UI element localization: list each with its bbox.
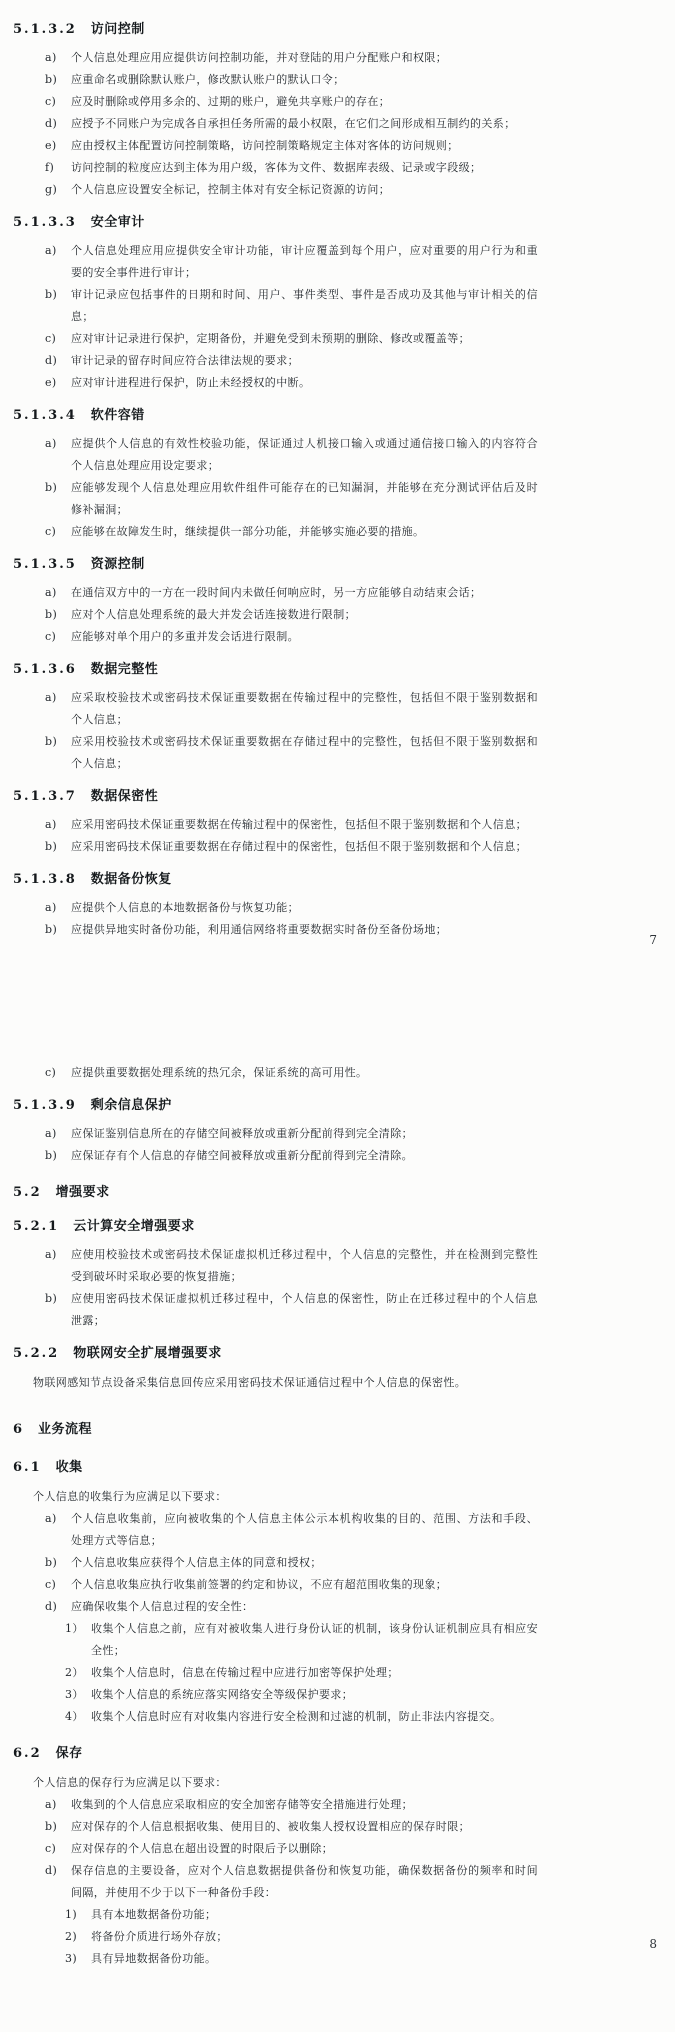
- list-item-label: b): [45, 284, 71, 328]
- list-item-label: 2): [65, 1926, 91, 1948]
- list-item-label: c): [45, 1062, 71, 1084]
- list-item: a)应采取校验技术或密码技术保证重要数据在传输过程中的完整性，包括但不限于鉴别数…: [45, 687, 538, 731]
- list-item-text: 个人信息处理应用应提供安全审计功能，审计应覆盖到每个用户，应对重要的用户行为和重…: [71, 240, 538, 284]
- list-item-text: 访问控制的粒度应达到主体为用户级，客体为文件、数据库表级、记录或字段级；: [71, 157, 538, 179]
- list-item-text: 收集个人信息时，信息在传输过程中应进行加密等保护处理；: [91, 1662, 538, 1684]
- requirement-list: a)应使用校验技术或密码技术保证虚拟机迁移过程中，个人信息的完整性，并在检测到完…: [13, 1244, 538, 1332]
- section-title: 业务流程: [38, 1422, 92, 1437]
- list-item-text: 应采用密码技术保证重要数据在存储过程中的保密性，包括但不限于鉴别数据和个人信息；: [71, 836, 538, 858]
- list-item-text: 个人信息收集应获得个人信息主体的同意和授权；: [71, 1552, 538, 1574]
- section-heading-5.1.3.3: 5.1.3.3安全审计: [13, 211, 538, 235]
- list-item: c)应提供重要数据处理系统的热冗余，保证系统的高可用性。: [45, 1062, 538, 1084]
- list-item-text: 应确保收集个人信息过程的安全性：: [71, 1596, 538, 1618]
- list-item-label: e): [45, 135, 71, 157]
- section-number: 5.2.2: [13, 1346, 59, 1361]
- list-item-text: 具有异地数据备份功能。: [91, 1948, 538, 1970]
- section-heading-6.2: 6.2保存: [13, 1742, 538, 1766]
- section-heading-5.2.2: 5.2.2物联网安全扩展增强要求: [13, 1342, 538, 1366]
- list-item-label: a): [45, 897, 71, 919]
- list-item-text: 审计记录应包括事件的日期和时间、用户、事件类型、事件是否成功及其他与审计相关的信…: [71, 284, 538, 328]
- list-item: d)应授予不同账户为完成各自承担任务所需的最小权限，在它们之间形成相互制约的关系…: [45, 113, 538, 135]
- list-item-label: b): [45, 1816, 71, 1838]
- section-heading-5.1.3.5: 5.1.3.5资源控制: [13, 553, 538, 577]
- section-title: 云计算安全增强要求: [73, 1219, 195, 1234]
- section-title: 数据备份恢复: [91, 872, 172, 887]
- section-heading-6: 6业务流程: [13, 1418, 538, 1442]
- requirement-list: a)在通信双方中的一方在一段时间内未做任何响应时，另一方应能够自动结束会话；b)…: [13, 582, 538, 648]
- section-number: 5.1.3.2: [13, 22, 77, 37]
- list-item: a)应提供个人信息的有效性校验功能，保证通过人机接口输入或通过通信接口输入的内容…: [45, 433, 538, 477]
- list-item: c)应对保存的个人信息在超出设置的时限后予以删除；: [45, 1838, 538, 1860]
- list-item-label: c): [45, 626, 71, 648]
- list-item-text: 应提供个人信息的有效性校验功能，保证通过人机接口输入或通过通信接口输入的内容符合…: [71, 433, 538, 477]
- list-item-label: a): [45, 1123, 71, 1145]
- list-item-text: 应提供重要数据处理系统的热冗余，保证系统的高可用性。: [71, 1062, 538, 1084]
- list-item-label: b): [45, 1145, 71, 1167]
- list-item-label: c): [45, 521, 71, 543]
- list-item: b)应提供异地实时备份功能，利用通信网络将重要数据实时备份至备份场地；: [45, 919, 538, 941]
- list-item-text: 应能够发现个人信息处理应用软件组件可能存在的已知漏洞，并能够在充分测试评估后及时…: [71, 477, 538, 521]
- list-item: a)应提供个人信息的本地数据备份与恢复功能；: [45, 897, 538, 919]
- requirement-list: a)个人信息处理应用应提供访问控制功能，并对登陆的用户分配账户和权限；b)应重命…: [13, 47, 538, 201]
- list-item: a)个人信息处理应用应提供访问控制功能，并对登陆的用户分配账户和权限；: [45, 47, 538, 69]
- list-item: a)在通信双方中的一方在一段时间内未做任何响应时，另一方应能够自动结束会话；: [45, 582, 538, 604]
- section-number: 5.2: [13, 1185, 42, 1200]
- requirement-list: a)个人信息收集前，应向被收集的个人信息主体公示本机构收集的目的、范围、方法和手…: [13, 1508, 538, 1618]
- list-item-label: b): [45, 1552, 71, 1574]
- section-title: 数据保密性: [91, 789, 159, 804]
- list-item-label: f): [45, 157, 71, 179]
- requirement-list: a)应采取校验技术或密码技术保证重要数据在传输过程中的完整性，包括但不限于鉴别数…: [13, 687, 538, 775]
- list-item-label: 2）: [65, 1662, 91, 1684]
- list-item-text: 个人信息处理应用应提供访问控制功能，并对登陆的用户分配账户和权限；: [71, 47, 538, 69]
- list-item: b)应重命名或删除默认账户，修改默认账户的默认口令；: [45, 69, 538, 91]
- list-item-label: 1）: [65, 1618, 91, 1662]
- sub-list: 1）收集个人信息之前，应有对被收集人进行身份认证的机制，该身份认证机制应具有相应…: [13, 1618, 538, 1728]
- scanned-document-page: 5.1.3.2访问控制a)个人信息处理应用应提供访问控制功能，并对登陆的用户分配…: [0, 0, 675, 2032]
- list-item-text: 个人信息应设置安全标记，控制主体对有安全标记资源的访问；: [71, 179, 538, 201]
- list-item: a)个人信息处理应用应提供安全审计功能，审计应覆盖到每个用户，应对重要的用户行为…: [45, 240, 538, 284]
- requirement-list: a)应保证鉴别信息所在的存储空间被释放或重新分配前得到完全清除；b)应保证存有个…: [13, 1123, 538, 1167]
- list-item: a)应采用密码技术保证重要数据在传输过程中的保密性，包括但不限于鉴别数据和个人信…: [45, 814, 538, 836]
- list-item-label: a): [45, 1508, 71, 1552]
- list-item-label: a): [45, 687, 71, 731]
- list-item-label: d): [45, 113, 71, 135]
- section-number: 6.1: [13, 1460, 42, 1475]
- list-item-text: 应采取校验技术或密码技术保证重要数据在传输过程中的完整性，包括但不限于鉴别数据和…: [71, 687, 538, 731]
- list-item-label: 3）: [65, 1684, 91, 1706]
- list-item-label: c): [45, 1574, 71, 1596]
- list-item-text: 应能够对单个用户的多重并发会话进行限制。: [71, 626, 538, 648]
- list-item-label: b): [45, 731, 71, 775]
- list-item-label: a): [45, 240, 71, 284]
- section-number: 5.1.3.8: [13, 872, 77, 887]
- list-item-label: b): [45, 1288, 71, 1332]
- list-item-text: 应提供异地实时备份功能，利用通信网络将重要数据实时备份至备份场地；: [71, 919, 538, 941]
- section-heading-5.1.3.8: 5.1.3.8数据备份恢复: [13, 868, 538, 892]
- sub-list-item: 4）收集个人信息时应有对收集内容进行安全检测和过滤的机制，防止非法内容提交。: [65, 1706, 538, 1728]
- list-item-text: 应授予不同账户为完成各自承担任务所需的最小权限，在它们之间形成相互制约的关系；: [71, 113, 538, 135]
- list-item: b)应对个人信息处理系统的最大并发会话连接数进行限制；: [45, 604, 538, 626]
- list-item: c)应及时删除或停用多余的、过期的账户，避免共享账户的存在；: [45, 91, 538, 113]
- section-title: 物联网安全扩展增强要求: [73, 1346, 222, 1361]
- section-title: 访问控制: [91, 22, 145, 37]
- list-item: g)个人信息应设置安全标记，控制主体对有安全标记资源的访问；: [45, 179, 538, 201]
- sub-list-item: 3)具有异地数据备份功能。: [65, 1948, 538, 1970]
- paragraph: 物联网感知节点设备采集信息回传应采用密码技术保证通信过程中个人信息的保密性。: [33, 1372, 538, 1394]
- list-item-label: b): [45, 604, 71, 626]
- list-item-label: a): [45, 433, 71, 477]
- list-item: d)应确保收集个人信息过程的安全性：: [45, 1596, 538, 1618]
- section-heading-6.1: 6.1收集: [13, 1456, 538, 1480]
- list-item-text: 应能够在故障发生时，继续提供一部分功能，并能够实施必要的措施。: [71, 521, 538, 543]
- list-item-text: 个人信息收集前，应向被收集的个人信息主体公示本机构收集的目的、范围、方法和手段、…: [71, 1508, 538, 1552]
- section-title: 剩余信息保护: [91, 1098, 172, 1113]
- list-item-text: 应保证存有个人信息的存储空间被释放或重新分配前得到完全清除。: [71, 1145, 538, 1167]
- list-item-label: 1): [65, 1904, 91, 1926]
- requirement-list: a)应提供个人信息的有效性校验功能，保证通过人机接口输入或通过通信接口输入的内容…: [13, 433, 538, 543]
- section-number: 6: [13, 1422, 24, 1437]
- list-item-text: 在通信双方中的一方在一段时间内未做任何响应时，另一方应能够自动结束会话；: [71, 582, 538, 604]
- list-item-label: b): [45, 69, 71, 91]
- list-item: e)应对审计进程进行保护，防止未经授权的中断。: [45, 372, 538, 394]
- list-item-label: a): [45, 1794, 71, 1816]
- requirement-list: c)应提供重要数据处理系统的热冗余，保证系统的高可用性。: [13, 1062, 538, 1084]
- section-heading-5.1.3.7: 5.1.3.7数据保密性: [13, 785, 538, 809]
- list-item-label: d): [45, 1596, 71, 1618]
- requirement-list: a)收集到的个人信息应采取相应的安全加密存储等安全措施进行处理；b)应对保存的个…: [13, 1794, 538, 1904]
- section-heading-5.2.1: 5.2.1云计算安全增强要求: [13, 1215, 538, 1239]
- list-item: c)个人信息收集应执行收集前签署的约定和协议，不应有超范围收集的现象；: [45, 1574, 538, 1596]
- list-item-text: 收集个人信息时应有对收集内容进行安全检测和过滤的机制，防止非法内容提交。: [91, 1706, 538, 1728]
- list-item-text: 收集到的个人信息应采取相应的安全加密存储等安全措施进行处理；: [71, 1794, 538, 1816]
- section-number: 6.2: [13, 1746, 42, 1761]
- list-item: e)应由授权主体配置访问控制策略，访问控制策略规定主体对客体的访问规则；: [45, 135, 538, 157]
- list-item-text: 将备份介质进行场外存放；: [91, 1926, 538, 1948]
- requirement-list: a)应提供个人信息的本地数据备份与恢复功能；b)应提供异地实时备份功能，利用通信…: [13, 897, 538, 941]
- list-item: b)应使用密码技术保证虚拟机迁移过程中，个人信息的保密性，防止在迁移过程中的个人…: [45, 1288, 538, 1332]
- list-item-text: 具有本地数据备份功能；: [91, 1904, 538, 1926]
- page-number-8: 8: [637, 1937, 657, 1951]
- section-number: 5.1.3.4: [13, 408, 77, 423]
- list-item-text: 应使用校验技术或密码技术保证虚拟机迁移过程中，个人信息的完整性，并在检测到完整性…: [71, 1244, 538, 1288]
- section-number: 5.2.1: [13, 1219, 59, 1234]
- list-item-label: b): [45, 919, 71, 941]
- list-item-text: 审计记录的留存时间应符合法律法规的要求；: [71, 350, 538, 372]
- sub-list-item: 1）收集个人信息之前，应有对被收集人进行身份认证的机制，该身份认证机制应具有相应…: [65, 1618, 538, 1662]
- section-number: 5.1.3.9: [13, 1098, 77, 1113]
- page-number-7: 7: [637, 933, 657, 947]
- paragraph: 个人信息的收集行为应满足以下要求：: [33, 1486, 538, 1508]
- list-item-text: 应使用密码技术保证虚拟机迁移过程中，个人信息的保密性，防止在迁移过程中的个人信息…: [71, 1288, 538, 1332]
- list-item-text: 应保证鉴别信息所在的存储空间被释放或重新分配前得到完全清除；: [71, 1123, 538, 1145]
- list-item-label: c): [45, 1838, 71, 1860]
- section-title: 资源控制: [91, 557, 145, 572]
- list-item-text: 收集个人信息之前，应有对被收集人进行身份认证的机制，该身份认证机制应具有相应安全…: [91, 1618, 538, 1662]
- section-number: 5.1.3.5: [13, 557, 77, 572]
- list-item-text: 应提供个人信息的本地数据备份与恢复功能；: [71, 897, 538, 919]
- list-item-text: 应及时删除或停用多余的、过期的账户，避免共享账户的存在；: [71, 91, 538, 113]
- section-title: 保存: [56, 1746, 83, 1761]
- requirement-list: a)应采用密码技术保证重要数据在传输过程中的保密性，包括但不限于鉴别数据和个人信…: [13, 814, 538, 858]
- section-number: 5.1.3.7: [13, 789, 77, 804]
- paragraph: 个人信息的保存行为应满足以下要求：: [33, 1772, 538, 1794]
- list-item: b)应采用校验技术或密码技术保证重要数据在存储过程中的完整性，包括但不限于鉴别数…: [45, 731, 538, 775]
- sub-list-item: 3）收集个人信息的系统应落实网络安全等级保护要求；: [65, 1684, 538, 1706]
- list-item-label: c): [45, 328, 71, 350]
- section-heading-5.1.3.6: 5.1.3.6数据完整性: [13, 658, 538, 682]
- sub-list: 1)具有本地数据备份功能；2)将备份介质进行场外存放；3)具有异地数据备份功能。: [13, 1904, 538, 1970]
- list-item-label: a): [45, 47, 71, 69]
- list-item-label: b): [45, 836, 71, 858]
- list-item-label: 4）: [65, 1706, 91, 1728]
- section-title: 增强要求: [56, 1185, 110, 1200]
- list-item: b)审计记录应包括事件的日期和时间、用户、事件类型、事件是否成功及其他与审计相关…: [45, 284, 538, 328]
- section-title: 安全审计: [91, 215, 145, 230]
- list-item-label: a): [45, 582, 71, 604]
- list-item-text: 应采用校验技术或密码技术保证重要数据在存储过程中的完整性，包括但不限于鉴别数据和…: [71, 731, 538, 775]
- list-item-label: 3): [65, 1948, 91, 1970]
- list-item: d)审计记录的留存时间应符合法律法规的要求；: [45, 350, 538, 372]
- list-item: d)保存信息的主要设备，应对个人信息数据提供备份和恢复功能，确保数据备份的频率和…: [45, 1860, 538, 1904]
- section-title: 数据完整性: [91, 662, 159, 677]
- list-item-label: d): [45, 350, 71, 372]
- list-item-label: a): [45, 814, 71, 836]
- list-item: a)应保证鉴别信息所在的存储空间被释放或重新分配前得到完全清除；: [45, 1123, 538, 1145]
- section-title: 收集: [56, 1460, 83, 1475]
- list-item-label: e): [45, 372, 71, 394]
- list-item-text: 个人信息收集应执行收集前签署的约定和协议，不应有超范围收集的现象；: [71, 1574, 538, 1596]
- requirement-list: a)个人信息处理应用应提供安全审计功能，审计应覆盖到每个用户，应对重要的用户行为…: [13, 240, 538, 394]
- sub-list-item: 1)具有本地数据备份功能；: [65, 1904, 538, 1926]
- list-item-text: 收集个人信息的系统应落实网络安全等级保护要求；: [91, 1684, 538, 1706]
- list-item: a)应使用校验技术或密码技术保证虚拟机迁移过程中，个人信息的完整性，并在检测到完…: [45, 1244, 538, 1288]
- list-item-text: 保存信息的主要设备，应对个人信息数据提供备份和恢复功能，确保数据备份的频率和时间…: [71, 1860, 538, 1904]
- list-item: a)收集到的个人信息应采取相应的安全加密存储等安全措施进行处理；: [45, 1794, 538, 1816]
- list-item-text: 应对审计进程进行保护，防止未经授权的中断。: [71, 372, 538, 394]
- list-item-text: 应对保存的个人信息在超出设置的时限后予以删除；: [71, 1838, 538, 1860]
- section-heading-5.1.3.4: 5.1.3.4软件容错: [13, 404, 538, 428]
- section-heading-5.2: 5.2增强要求: [13, 1181, 538, 1205]
- section-title: 软件容错: [91, 408, 145, 423]
- document-content: 5.1.3.2访问控制a)个人信息处理应用应提供访问控制功能，并对登陆的用户分配…: [13, 0, 538, 1970]
- list-item-text: 应对审计记录进行保护，定期备份，并避免受到未预期的删除、修改或覆盖等；: [71, 328, 538, 350]
- section-heading-5.1.3.9: 5.1.3.9剩余信息保护: [13, 1094, 538, 1118]
- list-item-label: g): [45, 179, 71, 201]
- list-item: b)个人信息收集应获得个人信息主体的同意和授权；: [45, 1552, 538, 1574]
- list-item-label: d): [45, 1860, 71, 1904]
- list-item-text: 应对个人信息处理系统的最大并发会话连接数进行限制；: [71, 604, 538, 626]
- sub-list-item: 2）收集个人信息时，信息在传输过程中应进行加密等保护处理；: [65, 1662, 538, 1684]
- sub-list-item: 2)将备份介质进行场外存放；: [65, 1926, 538, 1948]
- list-item-text: 应对保存的个人信息根据收集、使用目的、被收集人授权设置相应的保存时限；: [71, 1816, 538, 1838]
- list-item: b)应对保存的个人信息根据收集、使用目的、被收集人授权设置相应的保存时限；: [45, 1816, 538, 1838]
- list-item-text: 应采用密码技术保证重要数据在传输过程中的保密性，包括但不限于鉴别数据和个人信息；: [71, 814, 538, 836]
- list-item: b)应采用密码技术保证重要数据在存储过程中的保密性，包括但不限于鉴别数据和个人信…: [45, 836, 538, 858]
- list-item: a)个人信息收集前，应向被收集的个人信息主体公示本机构收集的目的、范围、方法和手…: [45, 1508, 538, 1552]
- list-item-label: c): [45, 91, 71, 113]
- list-item-text: 应重命名或删除默认账户，修改默认账户的默认口令；: [71, 69, 538, 91]
- list-item: f)访问控制的粒度应达到主体为用户级，客体为文件、数据库表级、记录或字段级；: [45, 157, 538, 179]
- list-item-text: 应由授权主体配置访问控制策略，访问控制策略规定主体对客体的访问规则；: [71, 135, 538, 157]
- list-item: c)应能够对单个用户的多重并发会话进行限制。: [45, 626, 538, 648]
- section-number: 5.1.3.6: [13, 662, 77, 677]
- list-item-label: a): [45, 1244, 71, 1288]
- list-item-label: b): [45, 477, 71, 521]
- list-item: b)应能够发现个人信息处理应用软件组件可能存在的已知漏洞，并能够在充分测试评估后…: [45, 477, 538, 521]
- section-heading-5.1.3.2: 5.1.3.2访问控制: [13, 18, 538, 42]
- list-item: c)应能够在故障发生时，继续提供一部分功能，并能够实施必要的措施。: [45, 521, 538, 543]
- list-item: b)应保证存有个人信息的存储空间被释放或重新分配前得到完全清除。: [45, 1145, 538, 1167]
- list-item: c)应对审计记录进行保护，定期备份，并避免受到未预期的删除、修改或覆盖等；: [45, 328, 538, 350]
- section-number: 5.1.3.3: [13, 215, 77, 230]
